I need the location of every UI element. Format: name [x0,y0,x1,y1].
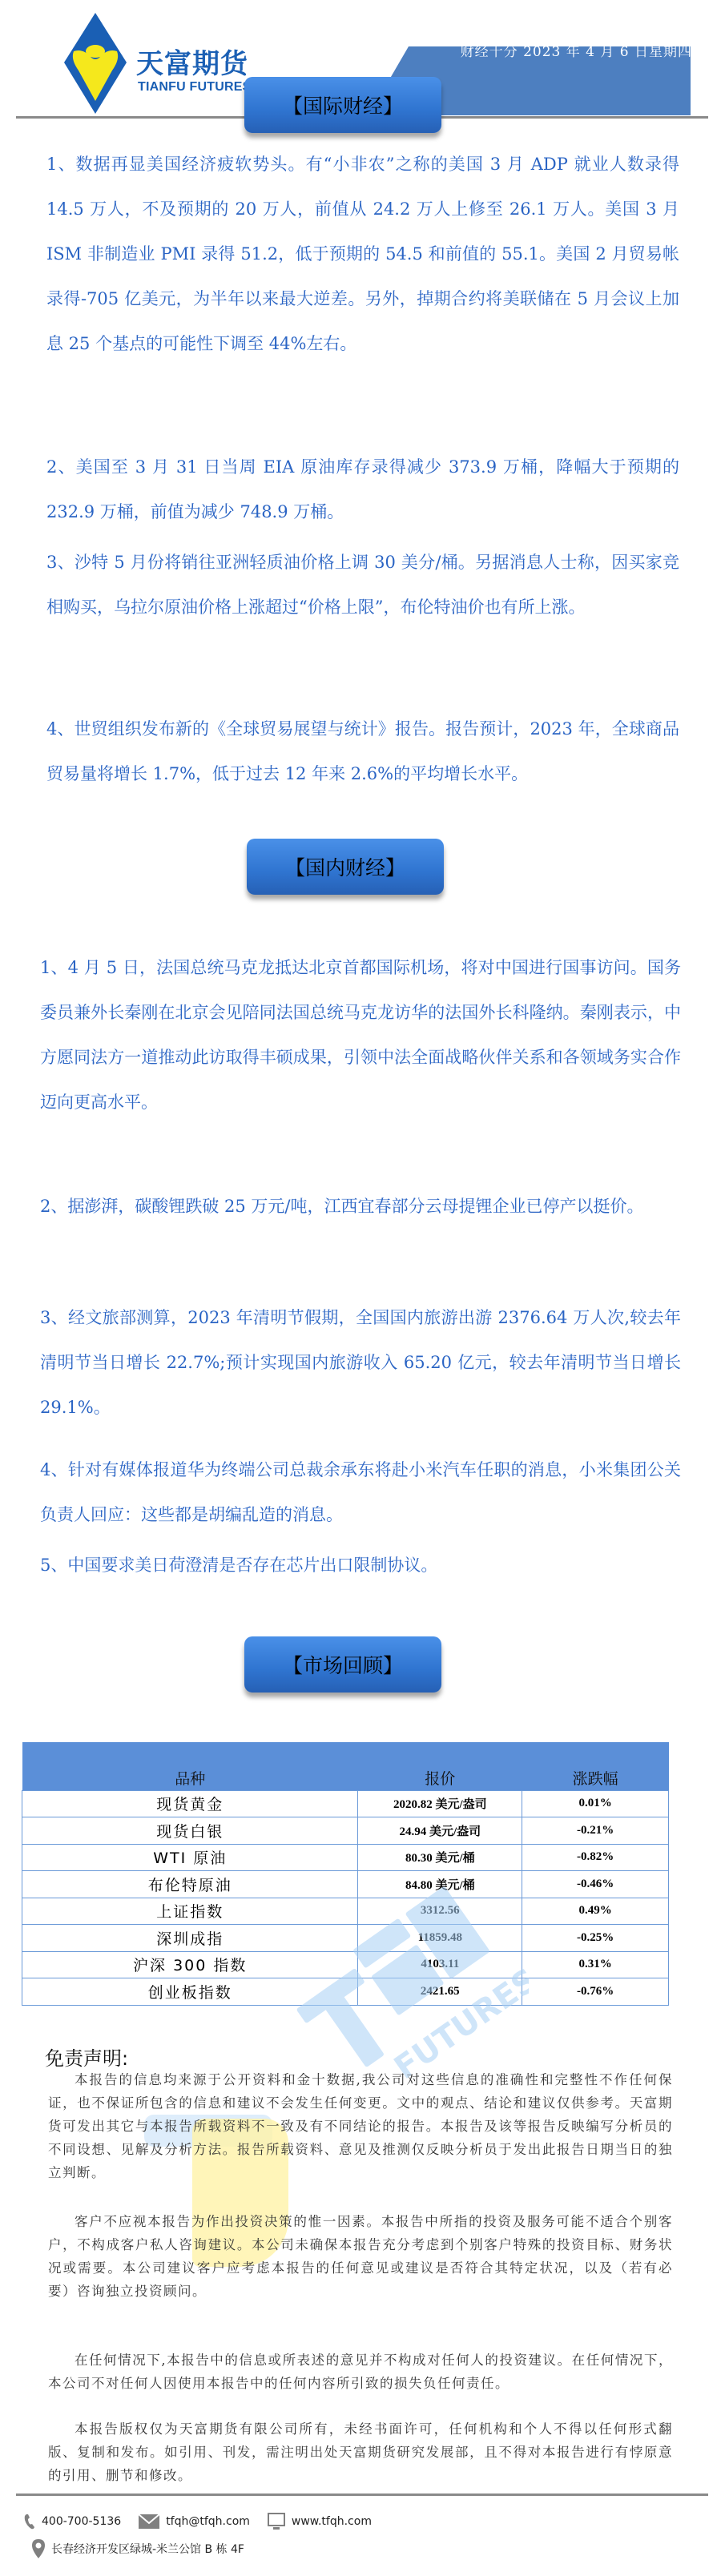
product-name: 现货黄金 [22,1790,358,1817]
email-address: tfqh@tfqh.com [166,2515,250,2528]
product-name: 布伦特原油 [22,1871,358,1898]
table-row: 布伦特原油 84.80 美元/桶 -0.46% [22,1871,669,1898]
table-row: WTI 原油 80.30 美元/桶 -0.82% [22,1844,669,1871]
product-change: -0.25% [522,1925,669,1952]
intl-news-item: 4、世贸组织发布新的《全球贸易展望与统计》报告。报告预计，2023 年，全球商品… [46,706,679,796]
product-price: 4103.11 [358,1951,522,1978]
column-header-change: 涨跌幅 [522,1742,669,1790]
intl-news-item: 3、沙特 5 月份将销往亚洲轻质油价格上调 30 美分/桶。另据消息人士称，因买… [46,540,679,630]
product-price: 3312.56 [358,1898,522,1925]
section-heading-domestic: 【国内财经】 [247,839,444,895]
product-change: -0.82% [522,1844,669,1871]
footer-email: tfqh@tfqh.com [139,2514,250,2529]
disclaimer-paragraph: 客户不应视本报告为作出投资决策的惟一因素。本报告中所指的投资及服务可能不适合个别… [48,2210,673,2303]
section-heading-market: 【市场回顾】 [244,1636,441,1693]
product-price: 11859.48 [358,1925,522,1952]
column-header-product: 品种 [22,1742,358,1790]
footer-divider [16,2493,708,2496]
logo-diamond-icon [62,11,128,115]
website-url: www.tfqh.com [292,2515,372,2528]
domestic-news-item: 5、中国要求美日荷澄清是否存在芯片出口限制协议。 [40,1543,681,1588]
footer-address: 长春经济开发区绿城-米兰公馆 B 栋 4F [32,2539,262,2558]
product-change: -0.46% [522,1871,669,1898]
monitor-icon [268,2513,285,2530]
domestic-news-item: 3、经文旅部测算，2023 年清明节假期，全国国内旅游出游 2376.64 万人… [40,1295,681,1430]
product-price: 2421.65 [358,1978,522,2006]
product-name: WTI 原油 [22,1844,358,1871]
location-pin-icon [32,2539,45,2558]
product-price: 24.94 美元/盎司 [358,1817,522,1845]
domestic-news-item: 1、4 月 5 日，法国总统马克龙抵达北京首都国际机场，将对中国进行国事访问。国… [40,945,681,1125]
mail-icon [139,2514,159,2529]
product-name: 现货白银 [22,1817,358,1845]
product-name: 上证指数 [22,1898,358,1925]
intl-news-item: 2、美国至 3 月 31 日当周 EIA 原油库存录得减少 373.9 万桶，降… [46,445,679,534]
footer-website: www.tfqh.com [268,2513,372,2530]
table-header-row: 品种 报价 涨跌幅 [22,1742,669,1790]
footer-contacts: 400-700-5136 tfqh@tfqh.com www.tfqh.com [24,2513,389,2530]
product-change: -0.76% [522,1978,669,2006]
product-change: 0.49% [522,1898,669,1925]
product-price: 80.30 美元/桶 [358,1844,522,1871]
table-row: 现货白银 24.94 美元/盎司 -0.21% [22,1817,669,1845]
domestic-news-item: 4、针对有媒体报道华为终端公司总裁余承东将赴小米汽车任职的消息，小米集团公关负责… [40,1447,681,1537]
company-address: 长春经济开发区绿城-米兰公馆 B 栋 4F [51,2541,244,2557]
table-row: 沪深 300 指数 4103.11 0.31% [22,1951,669,1978]
market-review-table: 品种 报价 涨跌幅 现货黄金 2020.82 美元/盎司 0.01% 现货白银 … [22,1742,669,2006]
product-price: 84.80 美元/桶 [358,1871,522,1898]
logo-english-name: TIANFU FUTURES [138,80,251,95]
product-name: 深圳成指 [22,1925,358,1952]
disclaimer-title: 免责声明: [45,2043,128,2071]
product-change: -0.21% [522,1817,669,1845]
table-row: 深圳成指 11859.48 -0.25% [22,1925,669,1952]
footer-phone: 400-700-5136 [24,2514,121,2530]
product-price: 2020.82 美元/盎司 [358,1790,522,1817]
table-row: 现货黄金 2020.82 美元/盎司 0.01% [22,1790,669,1817]
product-change: 0.01% [522,1790,669,1817]
domestic-news-item: 2、据澎湃，碳酸锂跌破 25 万元/吨，江西宜春部分云母提锂企业已停产以挺价。 [40,1184,681,1229]
section-heading-international: 【国际财经】 [244,77,441,133]
product-name: 创业板指数 [22,1978,358,2006]
logo-chinese-name: 天富期货 [136,42,248,81]
column-header-price: 报价 [358,1742,522,1790]
disclaimer-paragraph: 本报告的信息均来源于公开资料和金十数据,我公司对这些信息的准确性和完整性不作任何… [48,2068,673,2184]
product-name: 沪深 300 指数 [22,1951,358,1978]
company-logo: 天富期货 TIANFU FUTURES [62,11,263,120]
disclaimer-paragraph: 在任何情况下,本报告中的信息或所表述的意见并不构成对任何人的投资建议。在任何情况… [48,2349,673,2395]
product-change: 0.31% [522,1951,669,1978]
table-row: 上证指数 3312.56 0.49% [22,1898,669,1925]
disclaimer-paragraph: 本报告版权仅为天富期货有限公司所有，未经书面许可，任何机构和个人不得以任何形式翻… [48,2417,673,2487]
table-row: 创业板指数 2421.65 -0.76% [22,1978,669,2006]
phone-number: 400-700-5136 [42,2515,121,2528]
phone-icon [24,2514,35,2530]
intl-news-item: 1、数据再显美国经济疲软势头。有“小非农”之称的美国 3 月 ADP 就业人数录… [46,142,679,366]
report-date: 财经十分 2023 年 4 月 6 日星期四 [461,40,692,60]
footer-address-item: 长春经济开发区绿城-米兰公馆 B 栋 4F [32,2539,244,2558]
